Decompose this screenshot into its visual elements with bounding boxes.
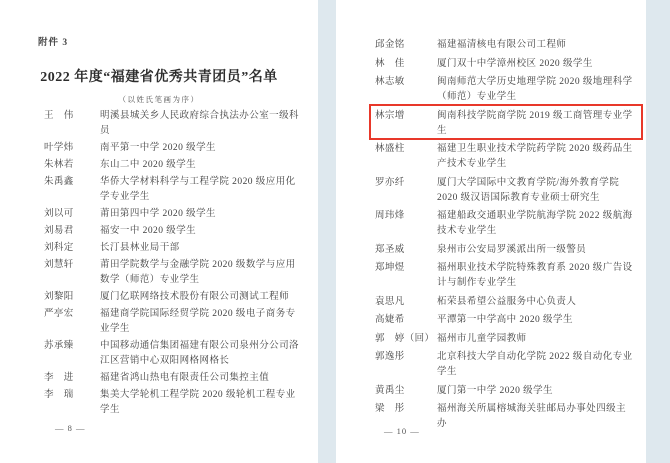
member-description: 福州市儿童学园教师 <box>437 332 635 347</box>
page-gap-strip <box>318 0 336 463</box>
member-description: 明溪县城关乡人民政府综合执法办公室一级科员 <box>100 109 304 139</box>
member-name: 袁思凡 <box>375 295 437 310</box>
member-name: 林盛柱 <box>375 142 437 157</box>
member-description: 华侨大学材料科学与工程学院 2020 级应用化学专业学生 <box>100 175 304 205</box>
member-description: 莆田第四中学 2020 级学生 <box>100 207 304 222</box>
member-name: 周玮烽 <box>375 209 437 224</box>
list-item: 林志敏闽南师范大学历史地理学院 2020 级地理科学（师范）专业学生 <box>375 75 637 105</box>
member-name: 刘黎阳 <box>44 290 100 305</box>
page-number: — 8 — <box>55 423 86 433</box>
list-item: 袁思凡柘荣县希望公益服务中心负责人 <box>375 295 637 310</box>
member-description: 闽南师范大学历史地理学院 2020 级地理科学（师范）专业学生 <box>437 75 635 105</box>
list-item: 周玮烽福建船政交通职业学院航海学院 2022 级航海技术专业学生 <box>375 209 637 239</box>
list-item: 朱禹鑫华侨大学材料科学与工程学院 2020 级应用化学专业学生 <box>44 175 306 205</box>
list-item: 刘黎阳厦门亿联网络技术股份有限公司测试工程师 <box>44 290 306 305</box>
member-description: 厦门第一中学 2020 级学生 <box>437 384 635 399</box>
member-description: 厦门亿联网络技术股份有限公司测试工程师 <box>100 290 304 305</box>
member-description: 闽南科技学院商学院 2019 级工商管理专业学生 <box>437 109 635 139</box>
member-description: 福建卫生职业技术学院药学院 2020 级药品生产技术专业学生 <box>437 142 635 172</box>
member-name: 朱禹鑫 <box>44 175 100 190</box>
member-description: 中国移动通信集团福建有限公司泉州分公司洛江区营销中心双阳网格网格长 <box>100 339 304 369</box>
member-name: 王 伟 <box>44 109 100 124</box>
list-item: 郑坤煜福州职业技术学院特殊教育系 2020 级广告设计与制作专业学生 <box>375 261 637 291</box>
member-name: 刘易君 <box>44 224 100 239</box>
member-name: 郭逸彤 <box>375 350 437 365</box>
list-item: 黄禹尘厦门第一中学 2020 级学生 <box>375 384 637 399</box>
member-description: 福建商学院国际经贸学院 2020 级电子商务专业学生 <box>100 307 304 337</box>
list-item: 严亭宏福建商学院国际经贸学院 2020 级电子商务专业学生 <box>44 307 306 337</box>
member-description: 长汀县林业局干部 <box>100 241 304 256</box>
member-name: 刘科定 <box>44 241 100 256</box>
member-name: 叶学炜 <box>44 141 100 156</box>
list-item: 林宗增闽南科技学院商学院 2019 级工商管理专业学生 <box>375 109 637 139</box>
document-scan: 附件 3 2022 年度“福建省优秀共青团员”名单 （以姓氏笔画为序） 王 伟明… <box>0 0 670 463</box>
member-name: 刘以可 <box>44 207 100 222</box>
list-item: 高婕希平潭第一中学高中 2020 级学生 <box>375 313 637 328</box>
member-description: 厦门双十中学漳州校区 2020 级学生 <box>437 57 635 72</box>
list-item: 林盛柱福建卫生职业技术学院药学院 2020 级药品生产技术专业学生 <box>375 142 637 172</box>
member-name: 林宗增 <box>375 109 437 124</box>
list-item: 刘以可莆田第四中学 2020 级学生 <box>44 207 306 222</box>
member-description: 福建船政交通职业学院航海学院 2022 级航海技术专业学生 <box>437 209 635 239</box>
page-right: 邱金铭福建福清核电有限公司工程师林 佳厦门双十中学漳州校区 2020 级学生林志… <box>336 0 646 463</box>
list-item: 王 伟明溪县城关乡人民政府综合执法办公室一级科员 <box>44 109 306 139</box>
document-subtitle: （以姓氏笔画为序） <box>0 94 318 105</box>
member-description: 福安一中 2020 级学生 <box>100 224 304 239</box>
member-list-left: 王 伟明溪县城关乡人民政府综合执法办公室一级科员叶学炜南平第一中学 2020 级… <box>44 109 306 420</box>
attachment-label: 附件 3 <box>38 34 68 48</box>
list-item: 刘科定长汀县林业局干部 <box>44 241 306 256</box>
member-description: 南平第一中学 2020 级学生 <box>100 141 304 156</box>
member-description: 福建省鸿山热电有限责任公司集控主值 <box>100 371 304 386</box>
member-list-right: 邱金铭福建福清核电有限公司工程师林 佳厦门双十中学漳州校区 2020 级学生林志… <box>375 38 637 436</box>
member-name: 李 瑞 <box>44 388 100 403</box>
list-item: 郭 婷（回）福州市儿童学园教师 <box>375 332 637 347</box>
list-item: 林 佳厦门双十中学漳州校区 2020 级学生 <box>375 57 637 72</box>
list-item: 罗亦纤厦门大学国际中文教育学院/海外教育学院 2020 级汉语国际教育专业硕士研… <box>375 176 637 206</box>
list-item: 苏承臻中国移动通信集团福建有限公司泉州分公司洛江区营销中心双阳网格网格长 <box>44 339 306 369</box>
member-name: 罗亦纤 <box>375 176 437 191</box>
member-description: 北京科技大学自动化学院 2022 级自动化专业学生 <box>437 350 635 380</box>
member-description: 柘荣县希望公益服务中心负责人 <box>437 295 635 310</box>
list-item: 刘易君福安一中 2020 级学生 <box>44 224 306 239</box>
member-name: 郑圣威 <box>375 243 437 258</box>
member-description: 莆田学院数学与金融学院 2020 级数学与应用数学（师范）专业学生 <box>100 258 304 288</box>
member-description: 福州职业技术学院特殊教育系 2020 级广告设计与制作专业学生 <box>437 261 635 291</box>
member-name: 林志敏 <box>375 75 437 90</box>
member-name: 郭 婷（回） <box>375 332 437 347</box>
member-name: 高婕希 <box>375 313 437 328</box>
member-name: 郑坤煜 <box>375 261 437 276</box>
background-strip <box>646 0 670 463</box>
member-name: 黄禹尘 <box>375 384 437 399</box>
list-item: 李 瑞集美大学轮机工程学院 2020 级轮机工程专业学生 <box>44 388 306 418</box>
member-name: 朱林若 <box>44 158 100 173</box>
list-item: 郑圣威泉州市公安局罗溪派出所一级警员 <box>375 243 637 258</box>
list-item: 郭逸彤北京科技大学自动化学院 2022 级自动化专业学生 <box>375 350 637 380</box>
list-item: 李 进福建省鸿山热电有限责任公司集控主值 <box>44 371 306 386</box>
member-description: 集美大学轮机工程学院 2020 级轮机工程专业学生 <box>100 388 304 418</box>
member-name: 梁 彤 <box>375 402 437 417</box>
member-description: 福建福清核电有限公司工程师 <box>437 38 635 53</box>
member-name: 刘慧轩 <box>44 258 100 273</box>
member-name: 邱金铭 <box>375 38 437 53</box>
list-item: 叶学炜南平第一中学 2020 级学生 <box>44 141 306 156</box>
page-left: 附件 3 2022 年度“福建省优秀共青团员”名单 （以姓氏笔画为序） 王 伟明… <box>0 0 318 463</box>
document-title: 2022 年度“福建省优秀共青团员”名单 <box>0 66 318 86</box>
member-description: 东山二中 2020 级学生 <box>100 158 304 173</box>
page-number: — 10 — <box>384 426 420 436</box>
list-item: 朱林若东山二中 2020 级学生 <box>44 158 306 173</box>
member-description: 福州海关所属榕城海关驻邮局办事处四级主办 <box>437 402 635 432</box>
member-name: 苏承臻 <box>44 339 100 354</box>
member-description: 厦门大学国际中文教育学院/海外教育学院 2020 级汉语国际教育专业硕士研究生 <box>437 176 635 206</box>
member-description: 平潭第一中学高中 2020 级学生 <box>437 313 635 328</box>
member-name: 李 进 <box>44 371 100 386</box>
list-item: 邱金铭福建福清核电有限公司工程师 <box>375 38 637 53</box>
member-description: 泉州市公安局罗溪派出所一级警员 <box>437 243 635 258</box>
list-item: 刘慧轩莆田学院数学与金融学院 2020 级数学与应用数学（师范）专业学生 <box>44 258 306 288</box>
member-name: 林 佳 <box>375 57 437 72</box>
member-name: 严亭宏 <box>44 307 100 322</box>
